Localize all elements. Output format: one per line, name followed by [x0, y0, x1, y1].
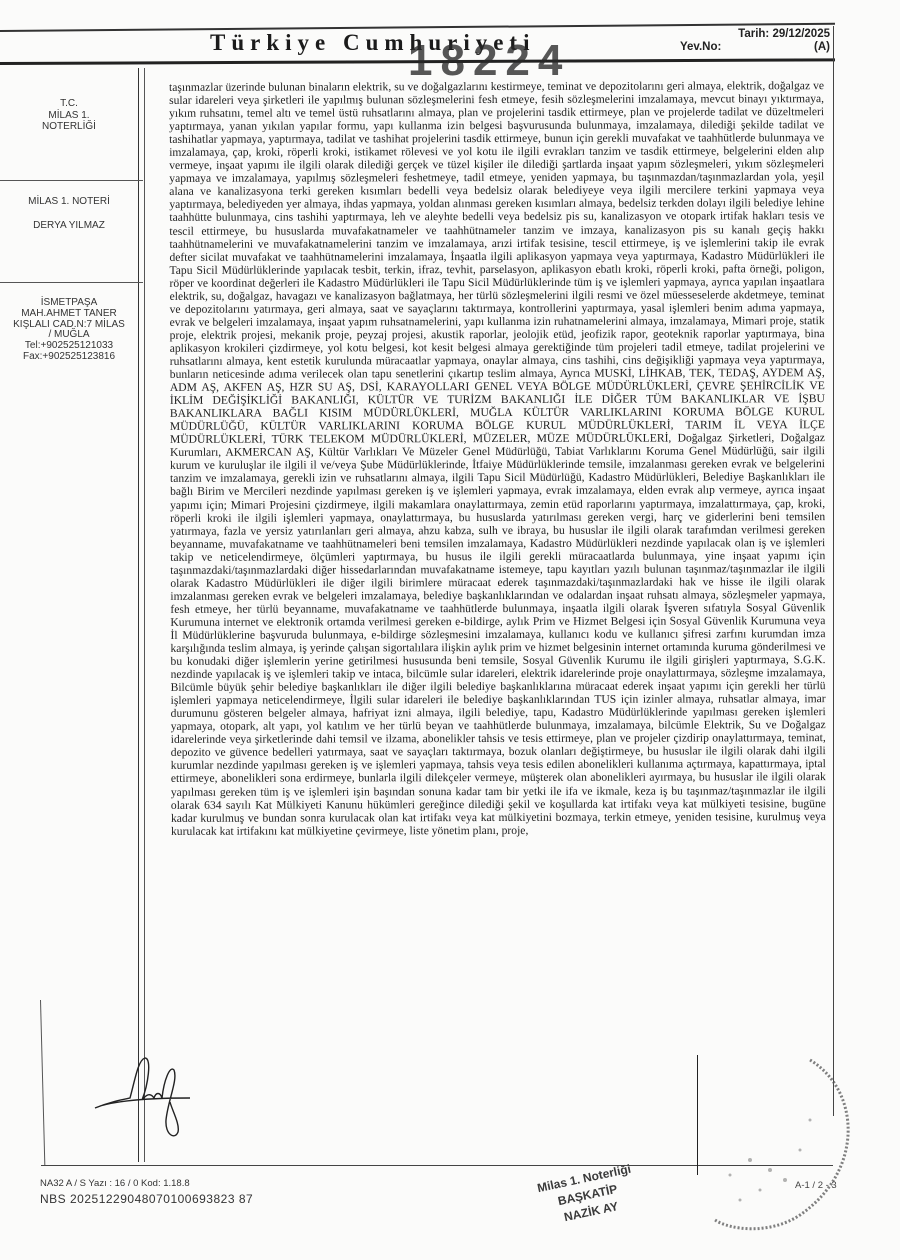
form-code: NA32 A / S Yazı : 16 / 0 Kod: 1.18.8 [40, 1178, 253, 1189]
address-block: İSMETPAŞA MAH.AHMET TANER KIŞLALI CAD.N:… [0, 298, 138, 363]
fax: Fax:+902525123816 [0, 352, 138, 363]
address-line: MAH.AHMET TANER [0, 309, 138, 320]
notary-seal-icon [690, 1050, 880, 1240]
notary-name: DERYA YILMAZ [0, 220, 138, 232]
office-line: T.C. [0, 98, 138, 110]
footer-codes: NA32 A / S Yazı : 16 / 0 Kod: 1.18.8 NBS… [40, 1178, 253, 1206]
notary-block: MİLAS 1. NOTERİ DERYA YILMAZ [0, 196, 138, 231]
yev-value: (A) [814, 41, 830, 54]
date-box: Tarih: 29/12/2025 Yev.No: (A) [680, 28, 830, 54]
page-reference: A-1 / 2 - 3 [795, 1180, 837, 1191]
yev-label: Yev.No: [680, 41, 721, 54]
signature-icon [90, 1040, 200, 1150]
office-line: MİLAS 1. [0, 110, 138, 122]
clerk-stamp: Milas 1. Noterliği BAŞKATİP NAZİK AY [536, 1161, 640, 1231]
nbs-number: NBS 20251229048070100693823 87 [40, 1192, 253, 1206]
notary-document-page: Türkiye Cumhuriyeti Tarih: 29/12/2025 Ye… [0, 0, 900, 1260]
notary-info-column: T.C. MİLAS 1. NOTERLİĞİ MİLAS 1. NOTERİ … [0, 68, 139, 1162]
column-divider [144, 68, 145, 1162]
power-of-attorney-text: taşınmazlar üzerinde bulunan binaların e… [169, 79, 826, 837]
section-divider [0, 282, 143, 283]
pen-mark [697, 1055, 698, 1175]
section-divider [0, 180, 143, 181]
date-label: Tarih: 29/12/2025 [738, 28, 830, 41]
journal-number-stamp: 18224 [408, 36, 570, 86]
notary-title: MİLAS 1. NOTERİ [0, 196, 138, 208]
office-line: NOTERLİĞİ [0, 121, 138, 133]
page-frame-right [833, 26, 834, 1116]
office-block: T.C. MİLAS 1. NOTERLİĞİ [0, 98, 138, 133]
